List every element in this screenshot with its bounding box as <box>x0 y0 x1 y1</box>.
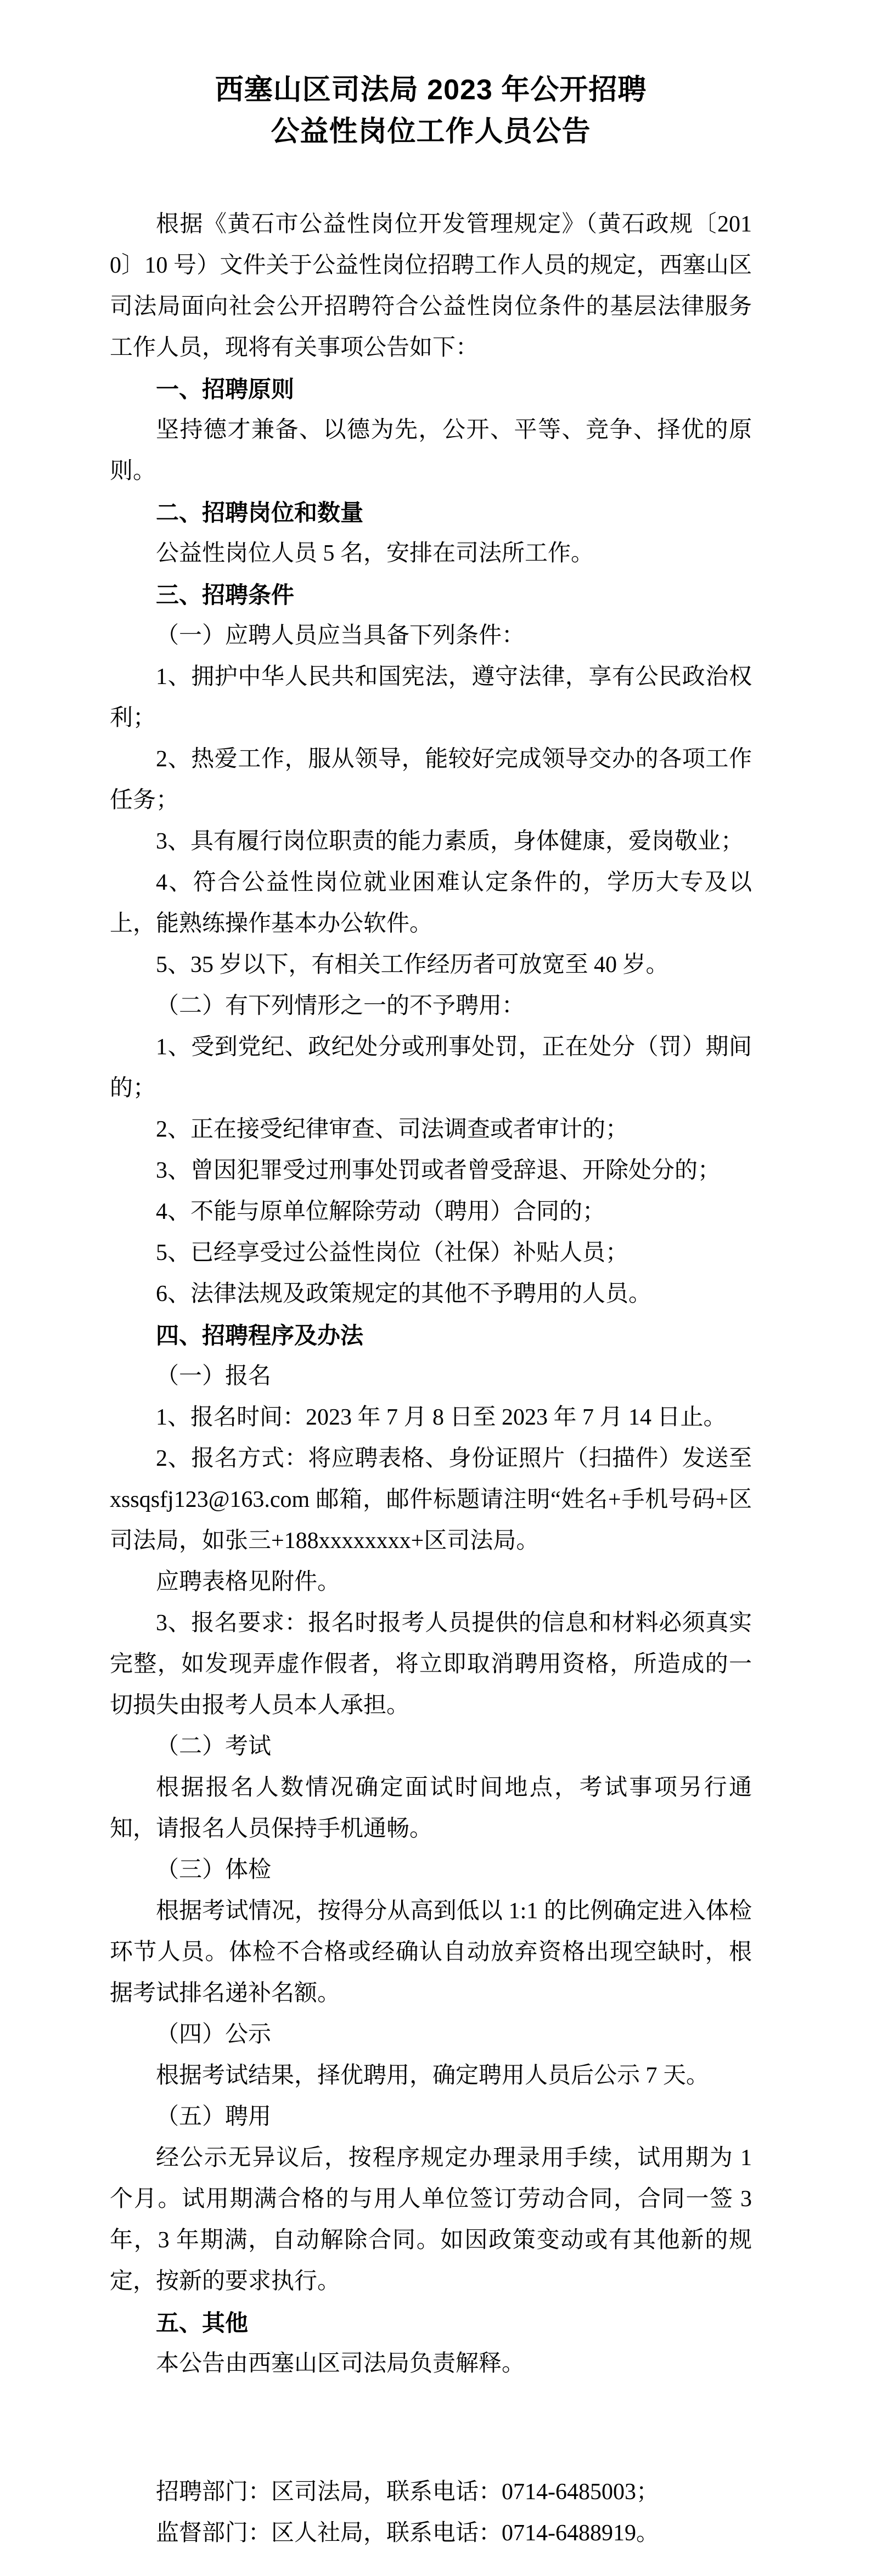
paragraph: 4、符合公益性岗位就业困难认定条件的，学历大专及以上，能熟练操作基本办公软件。 <box>110 862 752 945</box>
paragraph: 3、曾因犯罪受过刑事处罚或者曾受辞退、开除处分的； <box>110 1150 752 1191</box>
paragraph: 根据报名人数情况确定面试时间地点，考试事项另行通知，请报名人员保持手机通畅。 <box>110 1767 752 1850</box>
announcement-page: 西塞山区司法局 2023 年公开招聘 公益性岗位工作人员公告 根据《黄石市公益性… <box>0 0 871 2576</box>
section-heading: 五、其他 <box>110 2302 752 2343</box>
document-body: 根据《黄石市公益性岗位开发管理规定》（黄石政规〔2010〕10 号）文件关于公益… <box>110 204 752 2554</box>
paragraph: 5、35 岁以下，有相关工作经历者可放宽至 40 岁。 <box>110 945 752 986</box>
paragraph: 1、报名时间：2023 年 7 月 8 日至 2023 年 7 月 14 日止。 <box>110 1397 752 1438</box>
paragraph: （一）应聘人员应当具备下列条件： <box>110 615 752 657</box>
paragraph: （四）公示 <box>110 2014 752 2055</box>
contact-line: 监督部门：区人社局，联系电话：0714-6488919。 <box>110 2513 752 2554</box>
paragraph: 4、不能与原单位解除劳动（聘用）合同的； <box>110 1191 752 1233</box>
paragraph: 2、热爱工作，服从领导，能较好完成领导交办的各项工作任务； <box>110 739 752 821</box>
paragraph: 根据《黄石市公益性岗位开发管理规定》（黄石政规〔2010〕10 号）文件关于公益… <box>110 204 752 369</box>
paragraph: 根据考试情况，按得分从高到低以 1:1 的比例确定进入体检环节人员。体检不合格或… <box>110 1891 752 2014</box>
document-title: 西塞山区司法局 2023 年公开招聘 公益性岗位工作人员公告 <box>110 69 752 152</box>
paragraph: （三）体检 <box>110 1850 752 1891</box>
paragraph: 公益性岗位人员 5 名，安排在司法所工作。 <box>110 533 752 574</box>
paragraph: 3、报名要求：报名时报考人员提供的信息和材料必须真实完整，如发现弄虚作假者，将立… <box>110 1603 752 1726</box>
paragraph: 本公告由西塞山区司法局负责解释。 <box>110 2343 752 2385</box>
section-heading: 三、招聘条件 <box>110 574 752 615</box>
title-line-2: 公益性岗位工作人员公告 <box>110 111 752 152</box>
paragraph: 应聘表格见附件。 <box>110 1562 752 1603</box>
paragraph: （二）有下列情形之一的不予聘用： <box>110 986 752 1027</box>
paragraph: 经公示无异议后，按程序规定办理录用手续，试用期为 1 个月。试用期满合格的与用人… <box>110 2138 752 2302</box>
paragraph: 1、拥护中华人民共和国宪法，遵守法律，享有公民政治权利； <box>110 657 752 739</box>
paragraph: 3、具有履行岗位职责的能力素质，身体健康，爱岗敬业； <box>110 821 752 862</box>
paragraph: （一）报名 <box>110 1356 752 1397</box>
section-heading: 一、招聘原则 <box>110 369 752 410</box>
section-heading: 四、招聘程序及办法 <box>110 1315 752 1356</box>
paragraph: （二）考试 <box>110 1726 752 1767</box>
paragraph: （五）聘用 <box>110 2097 752 2138</box>
contact-line: 招聘部门：区司法局，联系电话：0714-6485003； <box>110 2472 752 2513</box>
paragraph: 根据考试结果，择优聘用，确定聘用人员后公示 7 天。 <box>110 2055 752 2097</box>
paragraph: 5、已经享受过公益性岗位（社保）补贴人员； <box>110 1233 752 1274</box>
title-line-1: 西塞山区司法局 2023 年公开招聘 <box>110 69 752 111</box>
paragraph: 6、法律法规及政策规定的其他不予聘用的人员。 <box>110 1274 752 1315</box>
paragraph: 2、正在接受纪律审查、司法调查或者审计的； <box>110 1109 752 1150</box>
paragraph: 坚持德才兼备、以德为先，公开、平等、竞争、择优的原则。 <box>110 410 752 492</box>
paragraph: 1、受到党纪、政纪处分或刑事处罚，正在处分（罚）期间的； <box>110 1027 752 1109</box>
paragraph: 2、报名方式：将应聘表格、身份证照片（扫描件）发送至 xssqsfj123@16… <box>110 1438 752 1562</box>
section-heading: 二、招聘岗位和数量 <box>110 492 752 533</box>
